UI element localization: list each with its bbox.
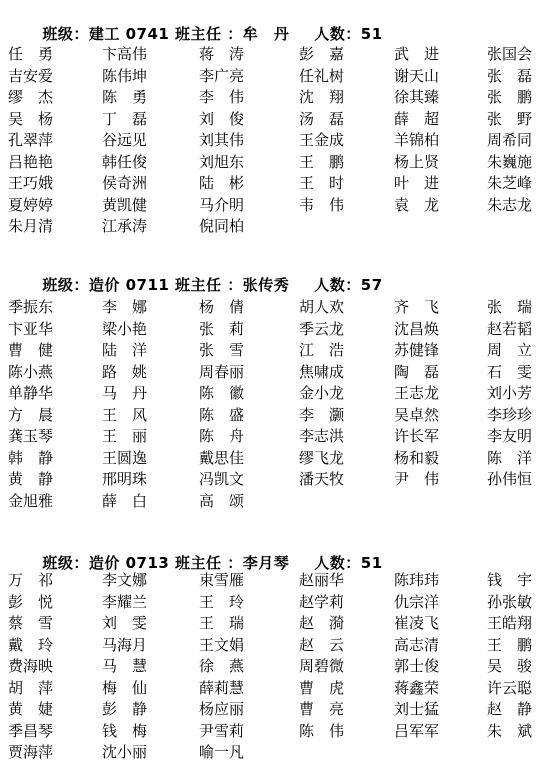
student-name: 朱志龙	[487, 195, 552, 217]
student-name: 苏健锋	[394, 340, 486, 362]
roster-column: 张国会张 磊张 鹏张 野周希同朱巍施朱芝峰朱志龙	[487, 44, 552, 216]
student-name: 马介明	[199, 195, 291, 217]
student-name: 韩 静	[8, 448, 100, 470]
student-name: 吉安爱	[8, 66, 100, 88]
student-name: 马 慧	[102, 656, 194, 678]
student-name: 许长军	[394, 426, 486, 448]
student-name: 杨应丽	[199, 699, 291, 721]
roster-column: 蒋 涛李广亮李 伟刘 俊刘其伟刘旭东陆 彬马介明倪同柏	[199, 44, 291, 238]
student-name: 韦 伟	[299, 195, 391, 217]
student-name: 陈 徽	[199, 383, 291, 405]
student-name: 孔翠萍	[8, 130, 100, 152]
roster-column: 钱 宇孙张敏王皓翔王 鹏吴 骏许云聪赵 静朱 斌	[487, 570, 552, 742]
student-name: 季振东	[8, 297, 100, 319]
student-name: 袁 龙	[394, 195, 486, 217]
student-name: 陈小燕	[8, 362, 100, 384]
student-name: 王 鹏	[299, 152, 391, 174]
student-name: 黄 婕	[8, 699, 100, 721]
student-name: 任礼树	[299, 66, 391, 88]
student-name: 卞亚华	[8, 319, 100, 341]
student-name: 马 丹	[102, 383, 194, 405]
student-name: 许云聪	[487, 678, 552, 700]
student-name: 焦啸成	[299, 362, 391, 384]
student-name: 崔凌飞	[394, 613, 486, 635]
student-name: 邢明珠	[102, 469, 194, 491]
student-name: 束雪雁	[199, 570, 291, 592]
student-name: 路 姚	[102, 362, 194, 384]
student-name: 彭 静	[102, 699, 194, 721]
student-name: 胡 萍	[8, 678, 100, 700]
student-name: 万 祁	[8, 570, 100, 592]
student-name: 杨上贤	[394, 152, 486, 174]
student-name: 石 雯	[487, 362, 552, 384]
student-name: 杨和毅	[394, 448, 486, 470]
student-name: 尹雪莉	[199, 721, 291, 743]
student-name: 李志洪	[299, 426, 391, 448]
roster-column: 赵丽华赵学莉赵 漪赵 云周碧微曹 虎曹 亮陈 伟	[299, 570, 391, 742]
student-name: 梁小艳	[102, 319, 194, 341]
student-name: 蒋 涛	[199, 44, 291, 66]
student-name: 马海月	[102, 635, 194, 657]
student-name: 吴卓然	[394, 405, 486, 427]
student-name: 徐 燕	[199, 656, 291, 678]
student-name: 喻一凡	[199, 742, 291, 764]
student-name: 王 瑞	[199, 613, 291, 635]
student-name: 朱 斌	[487, 721, 552, 743]
student-name: 王 丽	[102, 426, 194, 448]
student-name: 张 磊	[487, 66, 552, 88]
student-name: 王巧娥	[8, 173, 100, 195]
roster-column: 张 瑞赵若韬周 立石 雯刘小芳李珍珍李友明陈 洋孙伟恒	[487, 297, 552, 491]
student-name: 李文娜	[102, 570, 194, 592]
student-name: 朱芝峰	[487, 173, 552, 195]
roster-column: 任 勇吉安爱缪 杰吴 杨孔翠萍吕艳艳王巧娥夏婷婷朱月清	[8, 44, 100, 238]
student-name: 陈 伟	[299, 721, 391, 743]
student-name: 王文娟	[199, 635, 291, 657]
roster-column: 束雪雁王 玲王 瑞王文娟徐 燕薛莉慧杨应丽尹雪莉喻一凡	[199, 570, 291, 764]
roster-column: 李 娜梁小艳陆 洋路 姚马 丹王 风王 丽王圆逸邢明珠薛 白	[102, 297, 194, 512]
student-name: 周碧微	[299, 656, 391, 678]
student-name: 缪 杰	[8, 87, 100, 109]
section-header-main: 班级：造价 0711 班主任 ：张传秀	[42, 276, 289, 294]
student-name: 曹 健	[8, 340, 100, 362]
student-name: 张国会	[487, 44, 552, 66]
student-name: 费海映	[8, 656, 100, 678]
student-name: 曹 亮	[299, 699, 391, 721]
student-name: 谷远见	[102, 130, 194, 152]
student-name: 丁 磊	[102, 109, 194, 131]
class-roster-document: 班级：建工 0741 班主任 ：牟 丹人数：51 任 勇吉安爱缪 杰吴 杨孔翠萍…	[0, 0, 552, 766]
student-name: 李耀兰	[102, 592, 194, 614]
student-name: 沈 翔	[299, 87, 391, 109]
student-name: 孙伟恒	[487, 469, 552, 491]
student-name: 徐其臻	[394, 87, 486, 109]
student-name: 曹 虎	[299, 678, 391, 700]
student-name: 高 颂	[199, 491, 291, 513]
student-name: 王 风	[102, 405, 194, 427]
class-section-jiangong-0741: 班级：建工 0741 班主任 ：牟 丹人数：51 任 勇吉安爱缪 杰吴 杨孔翠萍…	[0, 5, 552, 255]
student-name: 钱 宇	[487, 570, 552, 592]
student-name: 仇宗洋	[394, 592, 486, 614]
student-name: 梅 仙	[102, 678, 194, 700]
student-name: 吕艳艳	[8, 152, 100, 174]
student-name: 陆 洋	[102, 340, 194, 362]
student-name: 刘其伟	[199, 130, 291, 152]
student-name: 贾海萍	[8, 742, 100, 764]
student-name: 金小龙	[299, 383, 391, 405]
student-name: 刘旭东	[199, 152, 291, 174]
student-name: 李 灏	[299, 405, 391, 427]
student-name: 王 鹏	[487, 635, 552, 657]
roster-column: 杨 倩张 莉张 雪周春丽陈 徽陈 盛陈 舟戴思佳冯凯文高 颂	[199, 297, 291, 512]
student-name: 张 野	[487, 109, 552, 131]
student-name: 高志清	[394, 635, 486, 657]
student-name: 陈 舟	[199, 426, 291, 448]
student-name: 戴 玲	[8, 635, 100, 657]
section-header-main: 班级：建工 0741 班主任 ：牟 丹	[42, 25, 289, 43]
student-name: 叶 进	[394, 173, 486, 195]
student-name: 汤 磊	[299, 109, 391, 131]
roster-column: 季振东卞亚华曹 健陈小燕单静华方 晨龚玉琴韩 静黄 静金旭雅	[8, 297, 100, 512]
student-name: 钱 梅	[102, 721, 194, 743]
student-name: 沈昌焕	[394, 319, 486, 341]
student-name: 赵若韬	[487, 319, 552, 341]
student-name: 任 勇	[8, 44, 100, 66]
student-name: 薛 白	[102, 491, 194, 513]
student-name: 周 立	[487, 340, 552, 362]
student-name: 张 雪	[199, 340, 291, 362]
student-name: 杨 倩	[199, 297, 291, 319]
student-name: 周希同	[487, 130, 552, 152]
student-name: 陆 彬	[199, 173, 291, 195]
student-name: 缪飞龙	[299, 448, 391, 470]
student-name: 齐 飞	[394, 297, 486, 319]
student-name: 卞高伟	[102, 44, 194, 66]
student-name: 戴思佳	[199, 448, 291, 470]
student-name: 郭士俊	[394, 656, 486, 678]
student-name: 吴 杨	[8, 109, 100, 131]
student-name: 尹 伟	[394, 469, 486, 491]
student-name: 冯凯文	[199, 469, 291, 491]
student-name: 倪同柏	[199, 216, 291, 238]
student-name: 王圆逸	[102, 448, 194, 470]
student-name: 陈玮玮	[394, 570, 486, 592]
roster-column: 齐 飞沈昌焕苏健锋陶 磊王志龙吴卓然许长军杨和毅尹 伟	[394, 297, 486, 491]
student-name: 谢天山	[394, 66, 486, 88]
roster-column: 武 进谢天山徐其臻薛 超羊锦柏杨上贤叶 进袁 龙	[394, 44, 486, 216]
student-name: 单静华	[8, 383, 100, 405]
student-name: 陈伟坤	[102, 66, 194, 88]
student-name: 李广亮	[199, 66, 291, 88]
roster-column: 万 祁彭 悦蔡 雪戴 玲费海映胡 萍黄 婕季昌琴贾海萍	[8, 570, 100, 764]
student-name: 张 瑞	[487, 297, 552, 319]
class-section-zaojia-0713: 班级：造价 0713 班主任 ：李月琴人数：51 万 祁彭 悦蔡 雪戴 玲费海映…	[0, 534, 552, 766]
student-name: 孙张敏	[487, 592, 552, 614]
section-header-count: 人数：51	[314, 25, 382, 43]
student-name: 王志龙	[394, 383, 486, 405]
student-name: 赵 漪	[299, 613, 391, 635]
student-name: 侯奇洲	[102, 173, 194, 195]
student-name: 刘小芳	[487, 383, 552, 405]
student-name: 陈 勇	[102, 87, 194, 109]
class-section-zaojia-0711: 班级：造价 0711 班主任 ：张传秀人数：57 季振东卞亚华曹 健陈小燕单静华…	[0, 256, 552, 532]
student-name: 张 莉	[199, 319, 291, 341]
student-name: 薛 超	[394, 109, 486, 131]
student-name: 胡人欢	[299, 297, 391, 319]
student-name: 李友明	[487, 426, 552, 448]
student-name: 王皓翔	[487, 613, 552, 635]
student-name: 武 进	[394, 44, 486, 66]
student-name: 朱巍施	[487, 152, 552, 174]
student-name: 张 鹏	[487, 87, 552, 109]
roster-column: 卞高伟陈伟坤陈 勇丁 磊谷远见韩任俊侯奇洲黄凯健江承涛	[102, 44, 194, 238]
student-name: 刘 俊	[199, 109, 291, 131]
student-name: 方 晨	[8, 405, 100, 427]
student-name: 金旭雅	[8, 491, 100, 513]
student-name: 李 娜	[102, 297, 194, 319]
student-name: 江 浩	[299, 340, 391, 362]
student-name: 潘天牧	[299, 469, 391, 491]
student-name: 赵 云	[299, 635, 391, 657]
student-name: 陈 洋	[487, 448, 552, 470]
student-name: 刘 雯	[102, 613, 194, 635]
student-name: 薛莉慧	[199, 678, 291, 700]
student-name: 刘士猛	[394, 699, 486, 721]
section-header-count: 人数：57	[314, 276, 382, 294]
student-name: 蒋鑫荣	[394, 678, 486, 700]
student-name: 陈 盛	[199, 405, 291, 427]
student-name: 沈小丽	[102, 742, 194, 764]
student-name: 赵学莉	[299, 592, 391, 614]
roster-column: 陈玮玮仇宗洋崔凌飞高志清郭士俊蒋鑫荣刘士猛吕军军	[394, 570, 486, 742]
student-name: 吴 骏	[487, 656, 552, 678]
student-name: 彭 嘉	[299, 44, 391, 66]
student-name: 黄凯健	[102, 195, 194, 217]
student-name: 蔡 雪	[8, 613, 100, 635]
student-name: 李珍珍	[487, 405, 552, 427]
student-name: 赵 静	[487, 699, 552, 721]
student-name: 王金成	[299, 130, 391, 152]
roster-column: 李文娜李耀兰刘 雯马海月马 慧梅 仙彭 静钱 梅沈小丽	[102, 570, 194, 764]
student-name: 王 玲	[199, 592, 291, 614]
student-name: 吕军军	[394, 721, 486, 743]
roster-column: 彭 嘉任礼树沈 翔汤 磊王金成王 鹏王 时韦 伟	[299, 44, 391, 216]
student-name: 赵丽华	[299, 570, 391, 592]
student-name: 周春丽	[199, 362, 291, 384]
student-name: 李 伟	[199, 87, 291, 109]
student-name: 朱月清	[8, 216, 100, 238]
student-name: 彭 悦	[8, 592, 100, 614]
student-name: 江承涛	[102, 216, 194, 238]
roster-column: 胡人欢季云龙江 浩焦啸成金小龙李 灏李志洪缪飞龙潘天牧	[299, 297, 391, 491]
student-name: 韩任俊	[102, 152, 194, 174]
student-name: 龚玉琴	[8, 426, 100, 448]
student-name: 黄 静	[8, 469, 100, 491]
student-name: 羊锦柏	[394, 130, 486, 152]
student-name: 陶 磊	[394, 362, 486, 384]
student-name: 王 时	[299, 173, 391, 195]
student-name: 夏婷婷	[8, 195, 100, 217]
student-name: 季云龙	[299, 319, 391, 341]
student-name: 季昌琴	[8, 721, 100, 743]
